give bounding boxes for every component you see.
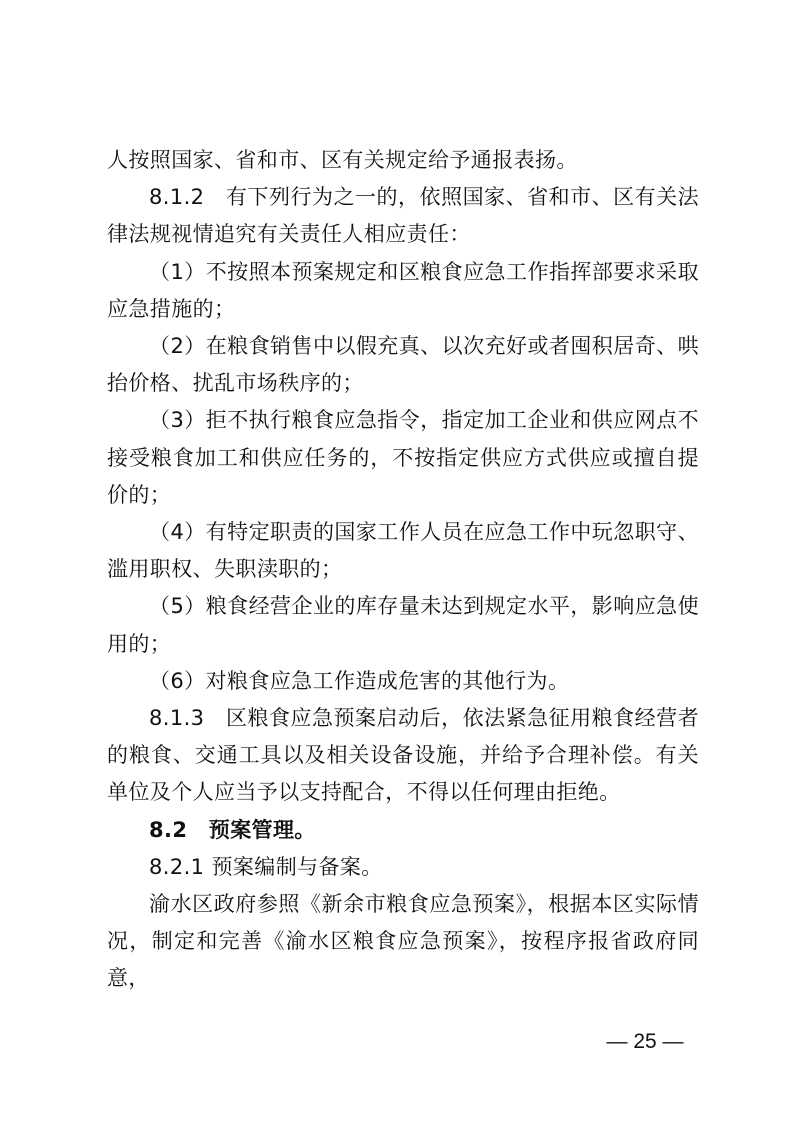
subsection-heading-8-2-1: 8.2.1 预案编制与备案。 bbox=[107, 849, 699, 886]
list-item-1: （1）不按照本预案规定和区粮食应急工作指挥部要求采取应急措施的； bbox=[107, 254, 699, 328]
list-item-5: （5）粮食经营企业的库存量未达到规定水平，影响应急使用的； bbox=[107, 588, 699, 662]
paragraph-plan-compilation: 渝水区政府参照《新余市粮食应急预案》，根据本区实际情况，制定和完善《渝水区粮食应… bbox=[107, 886, 699, 998]
document-body: 人按照国家、省和市、区有关规定给予通报表扬。 8.1.2 有下列行为之一的，依照… bbox=[107, 142, 699, 998]
paragraph-8-1-3: 8.1.3 区粮食应急预案启动后，依法紧急征用粮食经营者的粮食、交通工具以及相关… bbox=[107, 700, 699, 812]
page-number: — 25 — bbox=[600, 1030, 690, 1054]
list-item-6: （6）对粮食应急工作造成危害的其他行为。 bbox=[107, 663, 699, 700]
list-item-4: （4）有特定职责的国家工作人员在应急工作中玩忽职守、滥用职权、失职渎职的； bbox=[107, 514, 699, 588]
section-heading-8-2: 8.2 预案管理。 bbox=[107, 812, 699, 849]
list-item-3: （3）拒不执行粮食应急指令，指定加工企业和供应网点不接受粮食加工和供应任务的，不… bbox=[107, 402, 699, 514]
paragraph-8-1-2: 8.1.2 有下列行为之一的，依照国家、省和市、区有关法律法规视情追究有关责任人… bbox=[107, 179, 699, 253]
list-item-2: （2）在粮食销售中以假充真、以次充好或者囤积居奇、哄抬价格、扰乱市场秩序的； bbox=[107, 328, 699, 402]
document-page: 人按照国家、省和市、区有关规定给予通报表扬。 8.1.2 有下列行为之一的，依照… bbox=[0, 0, 793, 1122]
paragraph-continuation: 人按照国家、省和市、区有关规定给予通报表扬。 bbox=[107, 142, 699, 179]
